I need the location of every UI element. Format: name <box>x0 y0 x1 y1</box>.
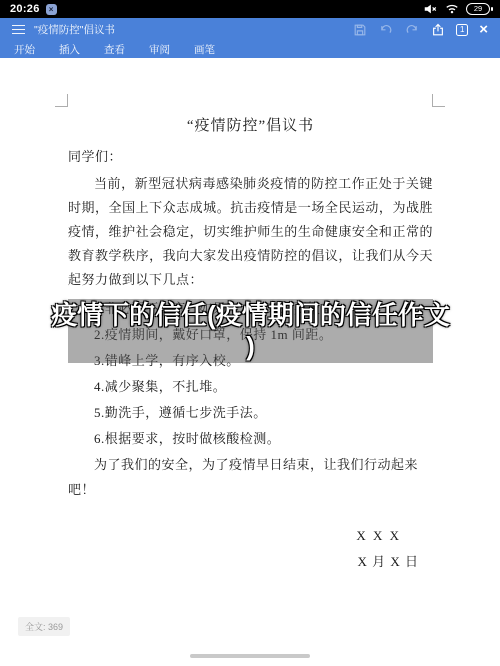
status-bar: 20:26 × 29 <box>0 0 500 18</box>
doc-title: “疫情防控”倡议书 <box>68 114 433 135</box>
margin-crop-mark-right <box>432 94 445 107</box>
word-count-badge: 全文: 369 <box>18 617 70 636</box>
doc-list-item: 6.根据要求，按时做核酸检测。 <box>68 426 433 451</box>
doc-closing-line: 为了我们的安全，为了疫情早日结束，让我们行动起来吧！ <box>68 452 433 502</box>
home-indicator-bar[interactable] <box>190 654 310 658</box>
notification-icon: × <box>46 4 57 15</box>
battery-icon: 29 <box>466 3 490 15</box>
tab-review[interactable]: 审阅 <box>149 42 170 57</box>
windows-icon[interactable]: 1 <box>456 24 468 36</box>
tab-start[interactable]: 开始 <box>14 42 35 57</box>
doc-list-item: 4.减少聚集，不扎堆。 <box>68 374 433 399</box>
phone-screen: 20:26 × 29 "疫情防控"倡议书 <box>0 0 500 666</box>
doc-signature: X X X <box>68 528 433 544</box>
muted-speaker-icon <box>422 2 437 17</box>
ribbon-tabs: 开始 插入 查看 审阅 画笔 <box>0 41 500 58</box>
save-icon[interactable] <box>352 22 367 37</box>
close-icon[interactable]: × <box>479 22 488 37</box>
menu-icon[interactable] <box>12 25 25 34</box>
tab-pen[interactable]: 画笔 <box>194 42 215 57</box>
caption-line-2: ) <box>246 331 255 362</box>
clock: 20:26 <box>10 3 40 15</box>
doc-paragraph: 当前，新型冠状病毒感染肺炎疫情的防控工作正处于关键时期，全国上下众志成城。抗击疫… <box>68 172 433 292</box>
document-page[interactable]: “疫情防控”倡议书 同学们： 当前，新型冠状病毒感染肺炎疫情的防控工作正处于关键… <box>0 58 500 666</box>
caption-line-1: 疫情下的信任(疫情期间的信任作文 <box>51 300 450 331</box>
app-toolbar: "疫情防控"倡议书 1 × 开始 插入 查看 <box>0 18 500 58</box>
wifi-icon <box>444 2 459 17</box>
redo-icon[interactable] <box>404 22 419 37</box>
doc-date: X 月 X 日 <box>68 551 433 570</box>
share-icon[interactable] <box>430 22 445 37</box>
margin-crop-mark-left <box>55 94 68 107</box>
doc-salutation: 同学们： <box>68 147 433 167</box>
caption-overlay: 疫情下的信任(疫情期间的信任作文 ) <box>68 299 433 363</box>
doc-list-item: 5.勤洗手，遵循七步洗手法。 <box>68 400 433 425</box>
document-title-label: "疫情防控"倡议书 <box>34 22 115 37</box>
tab-view[interactable]: 查看 <box>104 42 125 57</box>
tab-insert[interactable]: 插入 <box>59 42 80 57</box>
undo-icon[interactable] <box>378 22 393 37</box>
